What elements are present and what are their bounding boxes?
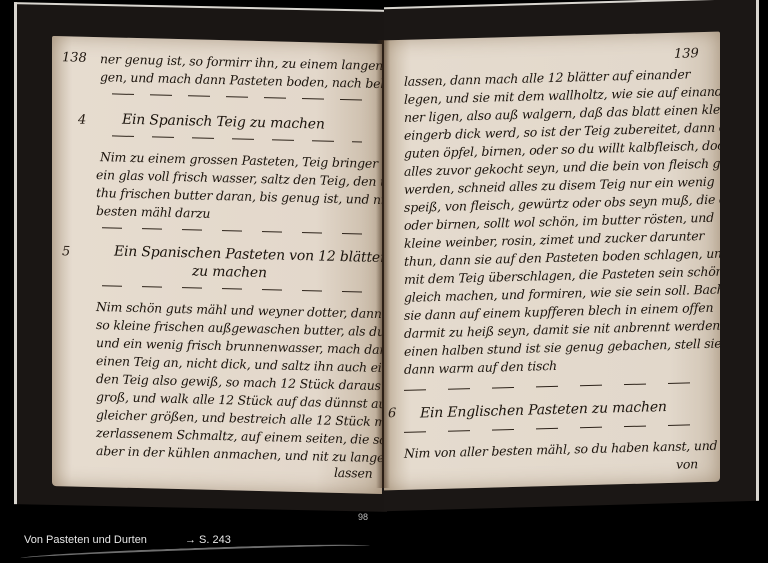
manuscript-line: Nim von aller besten mähl, so du haben k… (404, 438, 717, 461)
section-divider (112, 135, 362, 142)
book-spread: 138 ner genug ist, so formirr ihn, zu ei… (0, 0, 768, 520)
manuscript-line: von (676, 456, 698, 472)
manuscript-line: aber in der kühlen anmachen, und nit zu … (96, 443, 382, 466)
recipe-title: Ein Spanisch Teig zu machen (122, 112, 325, 133)
book-gutter (376, 40, 390, 488)
manuscript-line: gen, und mach dann Pasteten boden, nach … (100, 69, 382, 92)
page-number: 98 (358, 512, 368, 522)
section-divider (404, 382, 704, 391)
section-divider (404, 424, 704, 433)
figure-caption: Von Pasteten und Durten (24, 534, 147, 546)
recipe-number: 4 (78, 113, 86, 128)
section-divider (102, 227, 372, 235)
cross-reference: → S. 243 (185, 534, 231, 546)
manuscript-page-left: 138 ner genug ist, so formirr ihn, zu ei… (52, 36, 382, 494)
manuscript-line: lassen (334, 465, 373, 481)
recipe-title: Ein Spanischen Pasteten von 12 blättern (114, 243, 382, 266)
folio-number-left: 138 (62, 50, 87, 66)
folio-number-right: 139 (674, 46, 699, 62)
recipe-number: 5 (62, 244, 70, 259)
recipe-title: Ein Englischen Pasteten zu machen (420, 399, 667, 421)
recipe-title-continued: zu machen (192, 263, 267, 281)
manuscript-page-right: 139 lassen, dann mach alle 12 blätter au… (384, 32, 720, 491)
section-divider (112, 93, 362, 100)
manuscript-line: besten mähl darzu (96, 203, 210, 221)
manuscript-line: dann warm auf den tisch (404, 358, 557, 377)
section-divider (102, 285, 372, 293)
